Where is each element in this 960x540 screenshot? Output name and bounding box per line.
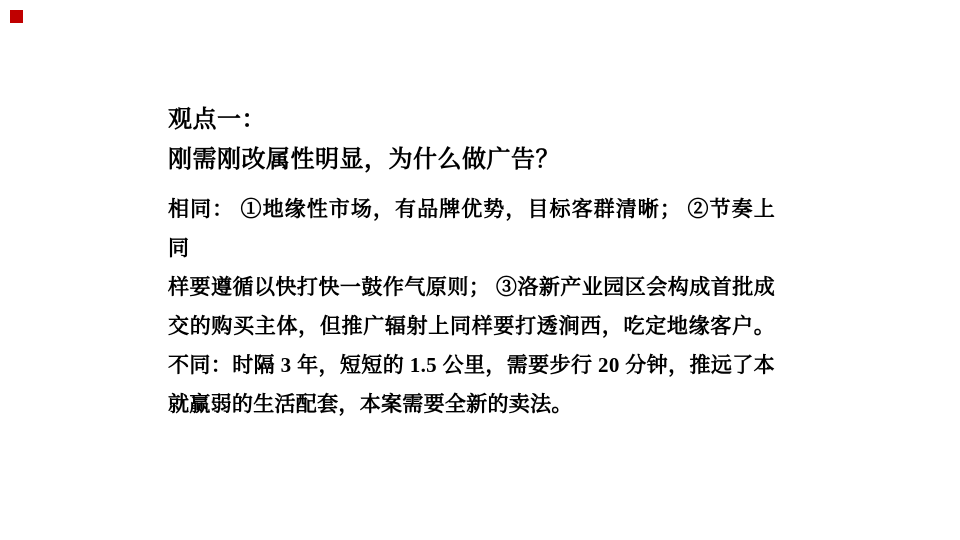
slide-text-block: 观点一： 刚需刚改属性明显，为什么做广告？ 相同： ①地缘性市场，有品牌优势，目… — [168, 100, 775, 424]
body-text-line: 样要遵循以快打快一鼓作气原则； ③洛新产业园区会构成首批成 — [168, 268, 775, 307]
slide-title-line-1: 观点一： — [168, 100, 775, 140]
slide-title-line-2: 刚需刚改属性明显，为什么做广告？ — [168, 140, 775, 180]
body-text-line: 就赢弱的生活配套，本案需要全新的卖法。 — [168, 385, 775, 424]
slide-body-paragraph: 相同： ①地缘性市场，有品牌优势，目标客群清晰； ②节奏上同 样要遵循以快打快一… — [168, 190, 775, 424]
presentation-slide: 观点一： 刚需刚改属性明显，为什么做广告？ 相同： ①地缘性市场，有品牌优势，目… — [0, 0, 960, 540]
body-text-line: 交的购买主体，但推广辐射上同样要打透涧西，吃定地缘客户。 — [168, 307, 775, 346]
body-text-line: 相同： ①地缘性市场，有品牌优势，目标客群清晰； ②节奏上同 — [168, 190, 775, 268]
red-corner-marker — [10, 10, 23, 23]
body-text-line: 不同：时隔 3 年，短短的 1.5 公里，需要步行 20 分钟，推远了本 — [168, 346, 775, 385]
